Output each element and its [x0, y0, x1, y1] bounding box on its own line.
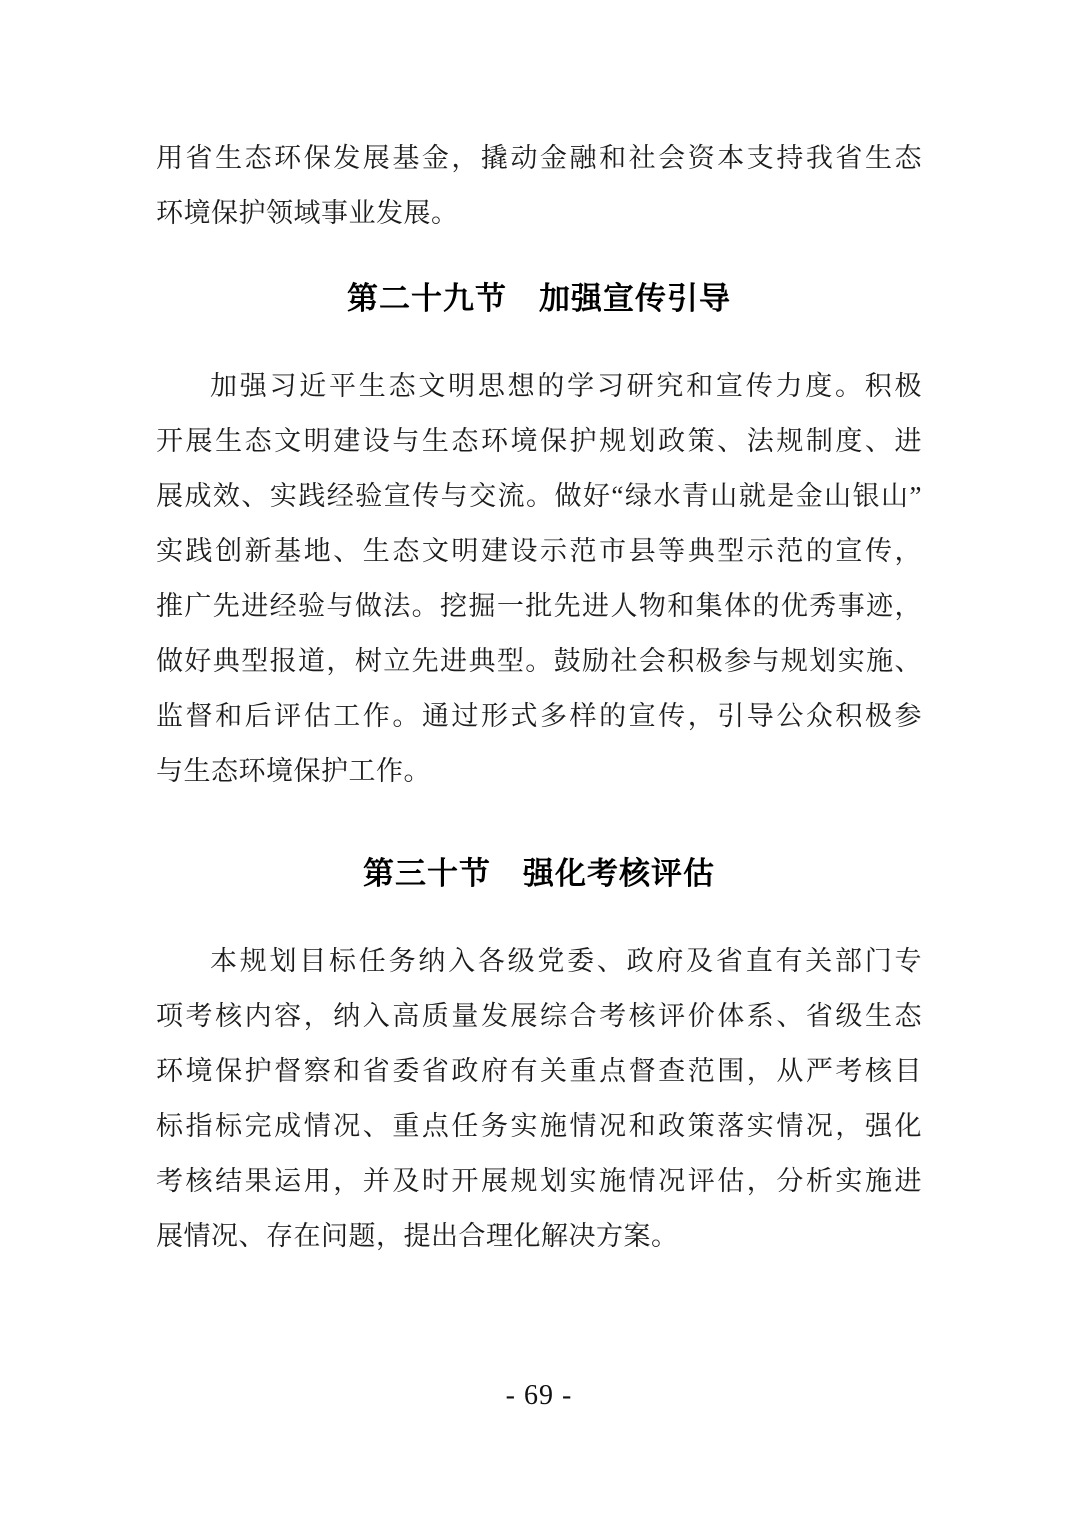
body-line: 环境保护督察和省委省政府有关重点督查范围，从严考核目: [156, 1044, 922, 1099]
section-30-paragraph: 本规划目标任务纳入各级党委、政府及省直有关部门专 项考核内容，纳入高质量发展综合…: [156, 934, 922, 1264]
intro-paragraph: 用省生态环保发展基金，撬动金融和社会资本支持我省生态 环境保护领域事业发展。: [156, 131, 922, 241]
page-number: - 69 -: [156, 1382, 922, 1410]
body-line: 考核结果运用，并及时开展规划实施情况评估，分析实施进: [156, 1154, 922, 1209]
section-30-heading: 第三十节 强化考核评估: [156, 846, 922, 901]
body-line: 展情况、存在问题，提出合理化解决方案。: [156, 1209, 922, 1264]
body-line: 做好典型报道，树立先进典型。鼓励社会积极参与规划实施、: [156, 634, 922, 689]
page-content: 用省生态环保发展基金，撬动金融和社会资本支持我省生态 环境保护领域事业发展。 第…: [156, 0, 922, 1410]
body-line: 环境保护领域事业发展。: [156, 186, 922, 241]
body-line: 本规划目标任务纳入各级党委、政府及省直有关部门专: [156, 934, 922, 989]
document-page: 用省生态环保发展基金，撬动金融和社会资本支持我省生态 环境保护领域事业发展。 第…: [0, 0, 1074, 1520]
body-line: 开展生态文明建设与生态环境保护规划政策、法规制度、进: [156, 414, 922, 469]
body-line: 推广先进经验与做法。挖掘一批先进人物和集体的优秀事迹，: [156, 579, 922, 634]
body-line: 项考核内容，纳入高质量发展综合考核评价体系、省级生态: [156, 989, 922, 1044]
body-line: 展成效、实践经验宣传与交流。做好“绿水青山就是金山银山”: [156, 469, 922, 524]
body-line: 与生态环境保护工作。: [156, 744, 922, 799]
body-line: 标指标完成情况、重点任务实施情况和政策落实情况，强化: [156, 1099, 922, 1154]
section-29-heading: 第二十九节 加强宣传引导: [156, 271, 922, 326]
body-line: 实践创新基地、生态文明建设示范市县等典型示范的宣传，: [156, 524, 922, 579]
body-line: 监督和后评估工作。通过形式多样的宣传，引导公众积极参: [156, 689, 922, 744]
body-line: 加强习近平生态文明思想的学习研究和宣传力度。积极: [156, 359, 922, 414]
body-line: 用省生态环保发展基金，撬动金融和社会资本支持我省生态: [156, 131, 922, 186]
section-29-paragraph: 加强习近平生态文明思想的学习研究和宣传力度。积极 开展生态文明建设与生态环境保护…: [156, 359, 922, 799]
